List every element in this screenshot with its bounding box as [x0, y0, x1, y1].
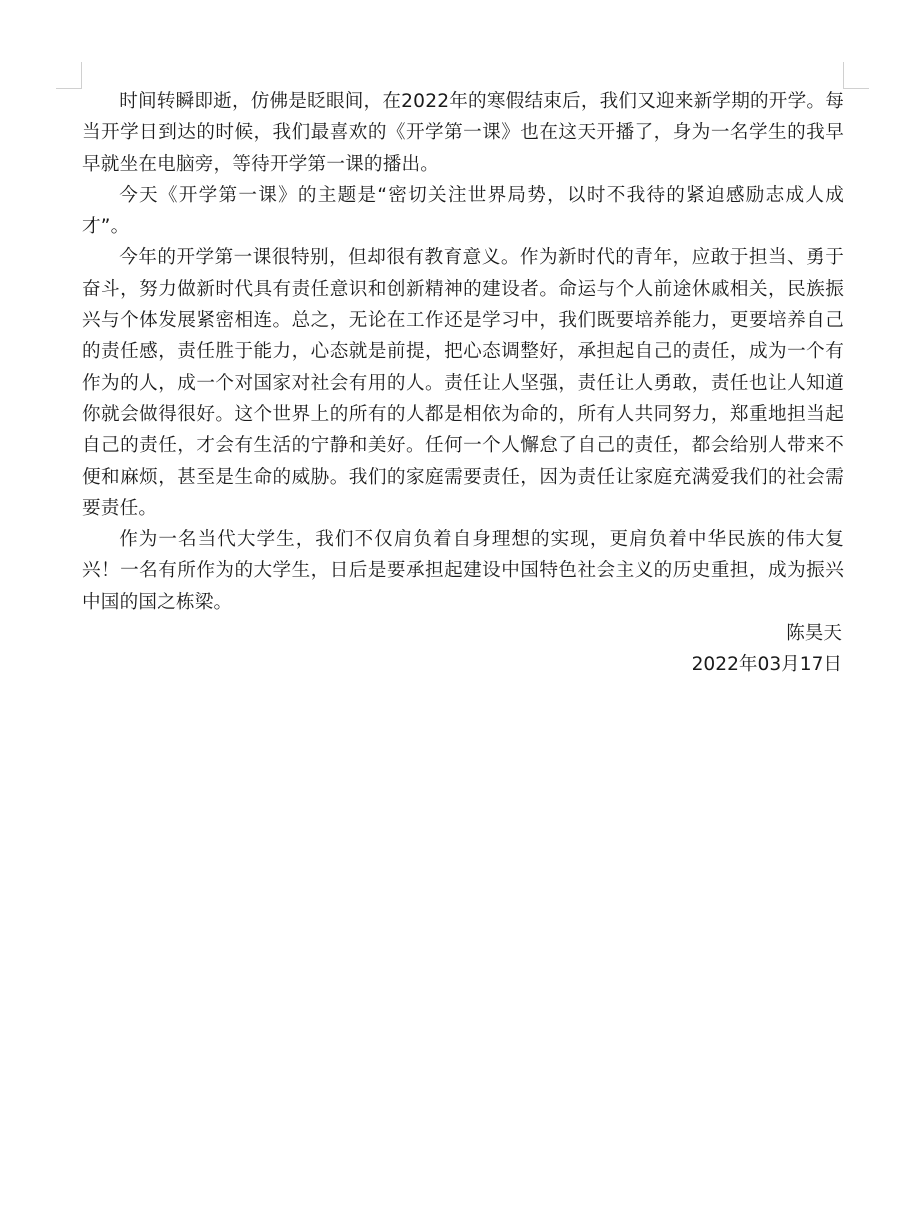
paragraph-3: 今年的开学第一课很特别，但却很有教育意义。作为新时代的青年，应敢于担当、勇于奋斗… — [82, 242, 844, 524]
paragraph-4: 作为一名当代大学生，我们不仅肩负着自身理想的实现，更肩负着中华民族的伟大复兴！一… — [82, 524, 844, 618]
paragraph-1: 时间转瞬即逝，仿佛是眨眼间，在2022年的寒假结束后，我们又迎来新学期的开学。每… — [82, 86, 844, 180]
signature-author: 陈昊天 — [82, 618, 844, 649]
signature-date: 2022年03月17日 — [82, 649, 844, 680]
document-page: 时间转瞬即逝，仿佛是眨眼间，在2022年的寒假结束后，我们又迎来新学期的开学。每… — [82, 86, 844, 681]
page-margin-corner-top-right — [843, 62, 869, 89]
page-margin-corner-top-left — [56, 62, 82, 89]
paragraph-2: 今天《开学第一课》的主题是“密切关注世界局势，以时不我待的紧迫感励志成人成才”。 — [82, 180, 844, 243]
